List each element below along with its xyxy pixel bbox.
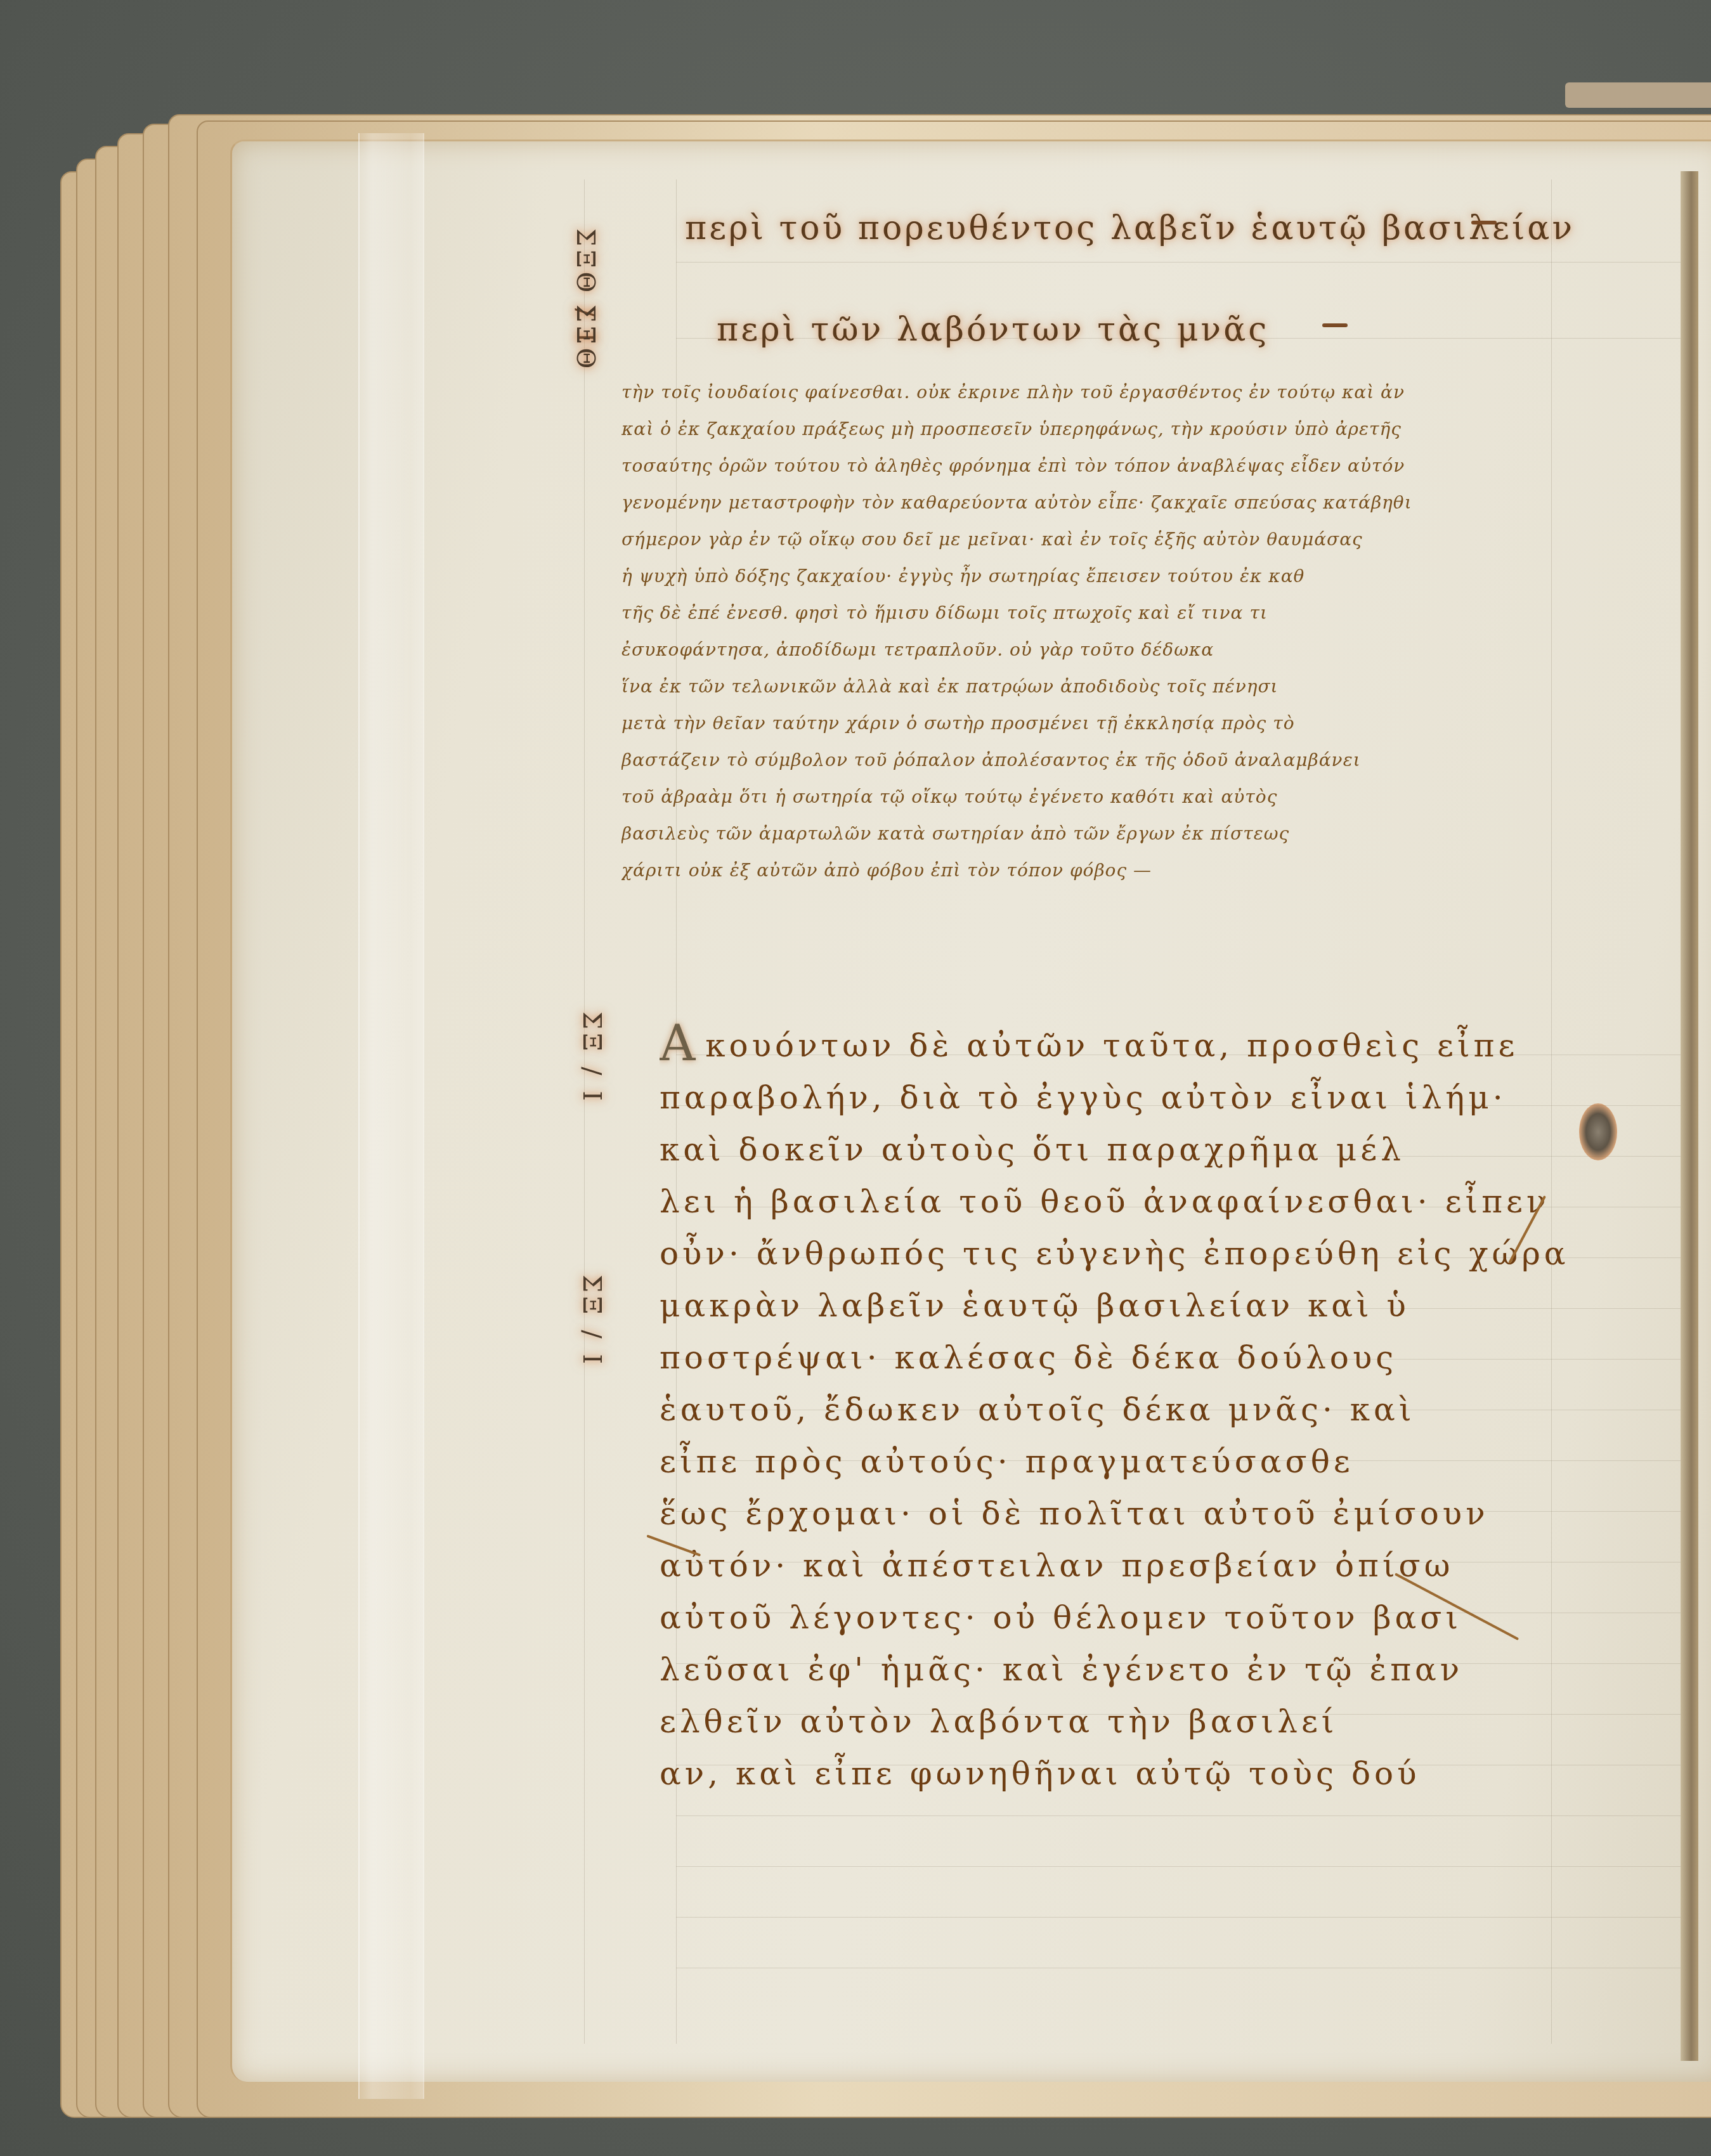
- text-line: Ακουόντων δὲ αὐτῶν ταῦτα, προσθεὶς εἶπε: [660, 1018, 1566, 1072]
- rubric-heading-2: περὶ τῶν λαβόντων τὰς μνᾶς: [717, 311, 1269, 349]
- repair-tape-strip: [358, 133, 424, 2099]
- heading-dash: [1322, 323, 1348, 327]
- rubric-heading-1: περὶ τοῦ πορευθέντος λαβεῖν ἑαυτῷ βασιλε…: [685, 209, 1575, 247]
- text-line: λεῦσαι ἐφ' ἡμᾶς· καὶ ἐγένετο ἐν τῷ ἐπαν: [660, 1644, 1566, 1696]
- binding-gutter: [1681, 171, 1698, 2061]
- ruling-line: [676, 1968, 1688, 1968]
- ruling-line: [676, 262, 1688, 263]
- ruling-line: [676, 1917, 1688, 1918]
- text-line: παραβολήν, διὰ τὸ ἐγγὺς αὐτὸν εἶναι ἱλήμ…: [660, 1072, 1566, 1124]
- commentary-line: βαστάζειν τὸ σύμβολον τοῦ ῥόπαλον ἀπολέσ…: [621, 742, 1573, 779]
- commentary-line: τοῦ ἀβραὰμ ὅτι ἡ σωτηρία τῷ οἴκῳ τούτῳ ἐ…: [621, 779, 1573, 815]
- text-line: εἶπε πρὸς αὐτούς· πραγματεύσασθε: [660, 1436, 1566, 1488]
- ink-stain-mark: [1579, 1103, 1617, 1160]
- margin-section-number: ΣΞ / Ι: [577, 1011, 606, 1105]
- commentary-line: σήμερον γὰρ ἐν τῷ οἴκῳ σου δεῖ με μεῖναι…: [621, 521, 1573, 558]
- text-line: λει ἡ βασιλεία τοῦ θεοῦ ἀναφαίνεσθαι· εἶ…: [660, 1176, 1566, 1228]
- commentary-line: καὶ ὁ ἐκ ζακχαίου πράξεως μὴ προσπεσεῖν …: [621, 411, 1573, 448]
- text-line: ἕως ἔρχομαι· οἱ δὲ πολῖται αὐτοῦ ἐμίσουν: [660, 1488, 1566, 1540]
- margin-section-number: ΣΞΘ: [571, 304, 600, 372]
- heading-dash: [1471, 221, 1497, 224]
- commentary-line: γενομένην μεταστροφὴν τὸν καθαρεύοντα αὐ…: [621, 484, 1573, 521]
- text-line: ἑαυτοῦ, ἔδωκεν αὐτοῖς δέκα μνᾶς· καὶ: [660, 1384, 1566, 1436]
- commentary-line: ἐσυκοφάντησα, ἀποδίδωμι τετραπλοῦν. οὐ γ…: [621, 632, 1573, 668]
- commentary-line: χάριτι οὐκ ἐξ αὐτῶν ἀπὸ φόβου ἐπὶ τὸν τό…: [621, 852, 1573, 889]
- text-line: ελθεῖν αὐτὸν λαβόντα τὴν βασιλεί: [660, 1696, 1566, 1748]
- margin-section-number: ΣΞ / Ι: [577, 1275, 606, 1368]
- commentary-line: μετὰ τὴν θεῖαν ταύτην χάριν ὁ σωτὴρ προσ…: [621, 705, 1573, 742]
- gospel-text-block: Ακουόντων δὲ αὐτῶν ταῦτα, προσθεὶς εἶπε …: [660, 1018, 1566, 1800]
- commentary-line: ἡ ψυχὴ ὑπὸ δόξης ζακχαίου· ἐγγὺς ἦν σωτη…: [621, 558, 1573, 595]
- commentary-line: τὴν τοῖς ἰουδαίοις φαίνεσθαι. οὐκ ἐκρινε…: [621, 374, 1573, 411]
- text-line: ποστρέψαι· καλέσας δὲ δέκα δούλους: [660, 1332, 1566, 1384]
- commentary-text-block: τὴν τοῖς ἰουδαίοις φαίνεσθαι. οὐκ ἐκρινε…: [621, 374, 1573, 889]
- commentary-line: ἵνα ἐκ τῶν τελωνικῶν ἀλλὰ καὶ ἐκ πατρῴων…: [621, 668, 1573, 705]
- text-line: οὖν· ἄνθρωπός τις εὐγενὴς ἐπορεύθη εἰς χ…: [660, 1228, 1566, 1280]
- text-line: καὶ δοκεῖν αὐτοὺς ὅτι παραχρῆμα μέλ: [660, 1124, 1566, 1176]
- ruling-line: [676, 1866, 1688, 1867]
- commentary-line: τοσαύτης ὁρῶν τούτου τὸ ἀληθὲς φρόνημα ἐ…: [621, 448, 1573, 484]
- decorated-initial: Α: [660, 1018, 699, 1070]
- text-line: αὐτοῦ λέγοντες· οὐ θέλομεν τοῦτον βασι: [660, 1592, 1566, 1644]
- commentary-line: τῆς δὲ ἐπέ ἐνεσθ. φησὶ τὸ ἥμισυ δίδωμι τ…: [621, 595, 1573, 632]
- ruling-vertical: [584, 179, 585, 2044]
- commentary-line: βασιλεὺς τῶν ἀμαρτωλῶν κατὰ σωτηρίαν ἀπὸ…: [621, 815, 1573, 852]
- binding-strap: [1565, 82, 1711, 108]
- text-line: αν, καὶ εἶπε φωνηθῆναι αὐτῷ τοὺς δού: [660, 1748, 1566, 1800]
- text-line: μακρὰν λαβεῖν ἑαυτῷ βασιλείαν καὶ ὑ: [660, 1280, 1566, 1332]
- ruling-line: [676, 1815, 1688, 1816]
- text-line: αὐτόν· καὶ ἀπέστειλαν πρεσβείαν ὀπίσω: [660, 1540, 1566, 1592]
